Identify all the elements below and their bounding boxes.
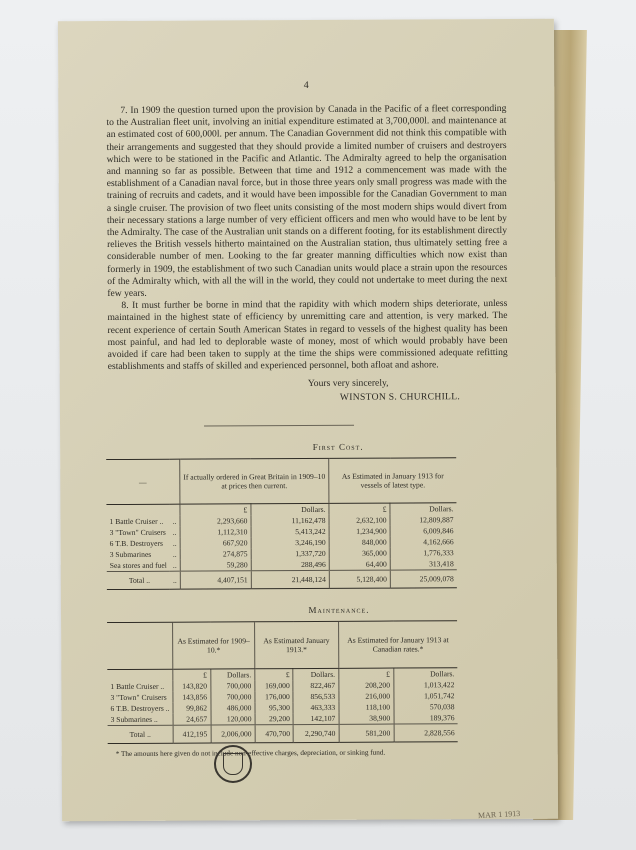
- cell: 143,820: [173, 681, 211, 692]
- cell: 5,413,242: [251, 526, 329, 537]
- leader-dots: ..: [170, 516, 180, 527]
- cell: 4,407,151: [180, 571, 251, 589]
- unit-header: £: [180, 504, 251, 516]
- unit-header: Dollars.: [393, 668, 457, 680]
- library-seal-icon: [214, 745, 252, 783]
- unit-header: Dollars.: [251, 504, 329, 516]
- maint-header-1909: As Estimated for 1909–10.*: [173, 622, 255, 669]
- cell: 700,000: [211, 692, 255, 703]
- unit-header: Dollars.: [210, 669, 254, 681]
- page-number: 4: [106, 79, 506, 92]
- cell: 99,862: [173, 703, 211, 714]
- cell: 2,293,660: [180, 516, 251, 527]
- cell: 3,246,190: [251, 537, 329, 548]
- cell: 25,009,078: [390, 570, 457, 588]
- maintenance-total-row: Total .. 412,195 2,006,000 470,700 2,290…: [108, 724, 458, 744]
- row-label: Total ..: [107, 572, 170, 590]
- cell: 288,496: [251, 559, 329, 571]
- cell: 570,038: [394, 702, 458, 713]
- unit-header: £: [173, 669, 211, 681]
- paragraph-7: 7. In 1909 the question turned upon the …: [106, 103, 507, 300]
- row-label: 3 "Town" Cruisers: [107, 692, 173, 703]
- cell: 208,200: [339, 680, 394, 691]
- leader-dots: ..: [170, 560, 180, 572]
- cell: 2,290,740: [293, 725, 338, 743]
- cell: 143,856: [173, 692, 211, 703]
- cell: 2,006,000: [211, 725, 255, 743]
- cell: 189,376: [394, 713, 458, 725]
- unit-header: £: [255, 669, 293, 681]
- cell: 12,809,887: [390, 515, 457, 526]
- cell: 313,418: [390, 559, 457, 571]
- cell: 1,776,333: [390, 548, 457, 559]
- row-label: 3 Submarines ..: [108, 714, 174, 726]
- leader-dots: ..: [170, 549, 180, 560]
- unit-header: £: [339, 669, 394, 681]
- cell: 24,657: [173, 714, 211, 726]
- cell: 11,162,478: [251, 515, 329, 526]
- row-label: 6 T.B. Destroyers ..: [107, 703, 173, 714]
- unit-header: Dollars.: [293, 669, 338, 681]
- blank-header: [107, 623, 173, 670]
- cell: 1,234,900: [329, 526, 390, 537]
- cell: 1,112,310: [180, 527, 251, 538]
- row-label: 1 Battle Cruiser ..: [107, 681, 173, 692]
- cell: 365,000: [329, 548, 390, 559]
- row-label: 3 Submarines: [107, 549, 170, 560]
- cell: 822,467: [293, 680, 338, 691]
- cell: 463,333: [293, 702, 338, 713]
- row-label: 6 T.B. Destroyers: [107, 538, 170, 549]
- cell: 176,000: [255, 692, 293, 703]
- document-page: 4 7. In 1909 the question turned upon th…: [58, 19, 558, 822]
- cell: 64,400: [329, 559, 390, 571]
- cell: 2,828,556: [394, 724, 458, 742]
- signature: WINSTON S. CHURCHILL.: [108, 391, 508, 404]
- first-cost-table: — If actually ordered in Great Britain i…: [106, 458, 457, 591]
- cell: 169,000: [255, 681, 293, 692]
- blank-header: —: [106, 460, 180, 505]
- cell: 1,051,742: [394, 691, 458, 702]
- first-cost-header-1909: If actually ordered in Great Britain in …: [180, 459, 329, 505]
- leader-dots: ..: [170, 572, 180, 590]
- leader-dots: ..: [170, 538, 180, 549]
- cell: 856,533: [293, 691, 338, 702]
- cell: 118,100: [339, 702, 394, 713]
- cell: 848,000: [329, 537, 390, 548]
- unit-header: £: [329, 504, 390, 516]
- unit-header: Dollars.: [390, 503, 457, 515]
- cell: 274,875: [180, 549, 251, 560]
- row-label: Total ..: [108, 726, 174, 744]
- cell: 120,000: [211, 714, 255, 726]
- cell: 1,013,422: [393, 680, 457, 691]
- cell: 216,000: [339, 691, 394, 702]
- cell: 700,000: [210, 681, 254, 692]
- row-label: Sea stores and fuel: [107, 560, 170, 572]
- cell: 5,128,400: [329, 571, 390, 589]
- footnote: * The amounts here given do not include …: [110, 748, 510, 758]
- cell: 2,632,100: [329, 515, 390, 526]
- cell: 470,700: [255, 725, 294, 743]
- paragraph-8: 8. It must further be borne in mind that…: [107, 298, 507, 373]
- cell: 4,162,666: [390, 537, 457, 548]
- cell: 95,300: [255, 703, 293, 714]
- first-cost-total-row: Total .. .. 4,407,151 21,448,124 5,128,4…: [107, 570, 457, 590]
- first-cost-title: First Cost.: [168, 441, 508, 453]
- page-content: 4 7. In 1909 the question turned upon th…: [106, 81, 510, 759]
- cell: 412,195: [173, 725, 211, 743]
- shield-icon: [223, 753, 243, 775]
- divider: [204, 425, 354, 427]
- maint-header-1913: As Estimated January 1913.*: [254, 622, 338, 669]
- cell: 6,009,846: [390, 526, 457, 537]
- cell: 21,448,124: [251, 571, 329, 589]
- row-label: 3 "Town" Cruisers: [107, 527, 170, 538]
- first-cost-header-1913: As Estimated in January 1913 for vessels…: [329, 458, 457, 504]
- signoff: Yours very sincerely,: [108, 377, 508, 390]
- cell: 486,000: [211, 703, 255, 714]
- cell: 667,920: [180, 538, 251, 549]
- cell: 142,107: [293, 713, 338, 725]
- maintenance-table: As Estimated for 1909–10.* As Estimated …: [107, 621, 458, 745]
- maint-header-canadian: As Estimated for January 1913 at Canadia…: [338, 621, 457, 669]
- cell: 1,337,720: [251, 548, 329, 559]
- cell: 59,280: [180, 560, 251, 572]
- leader-dots: ..: [170, 527, 180, 538]
- cell: 38,900: [339, 713, 394, 725]
- maintenance-title: Maintenance.: [169, 604, 509, 616]
- row-label: 1 Battle Cruiser ..: [107, 516, 170, 527]
- cell: 581,200: [339, 725, 394, 743]
- cell: 29,200: [255, 714, 293, 726]
